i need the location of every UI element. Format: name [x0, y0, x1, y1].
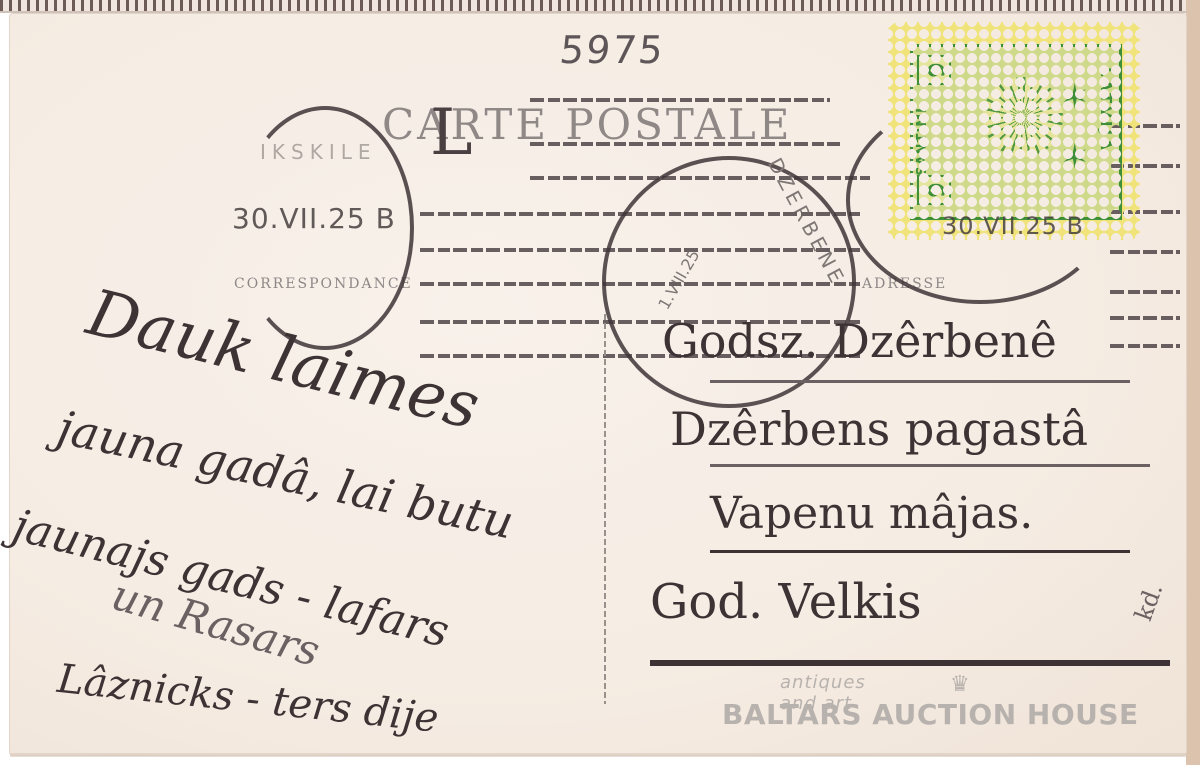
address-line: God. Velkis	[650, 574, 922, 630]
address-strike	[650, 660, 1170, 666]
message-line: Lâznicks - ters dije	[55, 656, 440, 742]
stamp-denomination-top: 6	[917, 55, 951, 85]
cancel-line	[1110, 344, 1180, 348]
cancel-line	[530, 142, 840, 146]
inventory-number: 5975	[558, 28, 667, 72]
stamp-star-icon: ✶	[1061, 77, 1090, 117]
postmark-right-date: 30.VII.25 B	[942, 212, 1084, 240]
address-line: Vapenu mâjas.	[710, 488, 1033, 539]
postmark-left: IKSKILE 30.VII.25 B	[236, 106, 414, 350]
cancel-line	[1110, 290, 1180, 294]
address-line: Dzêrbens pagastâ	[670, 402, 1088, 456]
postmark-left-arc: IKSKILE	[260, 140, 377, 164]
postmark-right: 30.VII.25 B	[846, 96, 1114, 304]
postcard-shadow	[10, 753, 1186, 757]
postmark-center-date: 1.VIII.25	[654, 246, 703, 312]
address-line: kd.	[1129, 580, 1168, 625]
postmark-center-arc: DZERBENE	[763, 154, 851, 290]
scan-ruler	[0, 0, 1200, 11]
cancel-line	[530, 98, 830, 102]
address-underline	[710, 550, 1130, 553]
address-underline	[710, 464, 1150, 467]
cancel-line	[1110, 250, 1180, 254]
scan-ruler-base	[0, 11, 1200, 13]
postmark-left-date: 30.VII.25 B	[232, 202, 396, 235]
postmark-center: DZERBENE 1.VIII.25	[602, 156, 856, 408]
address-underline	[710, 380, 1130, 383]
address-line: Godsz. Dzêrbenê	[662, 314, 1057, 368]
cancel-line	[1110, 316, 1180, 320]
center-divider	[604, 314, 606, 704]
postcard: 5975 CARTE POSTALE L CORRESPONDANCE ADRE…	[10, 14, 1186, 755]
scan-edge	[1186, 0, 1200, 765]
stamp-country: LATVIJA	[1097, 67, 1115, 153]
watermark-brand: BALTARS AUCTION HOUSE	[722, 698, 1139, 731]
overprint-mark: L	[430, 96, 476, 170]
crown-icon: ♛	[950, 672, 970, 697]
